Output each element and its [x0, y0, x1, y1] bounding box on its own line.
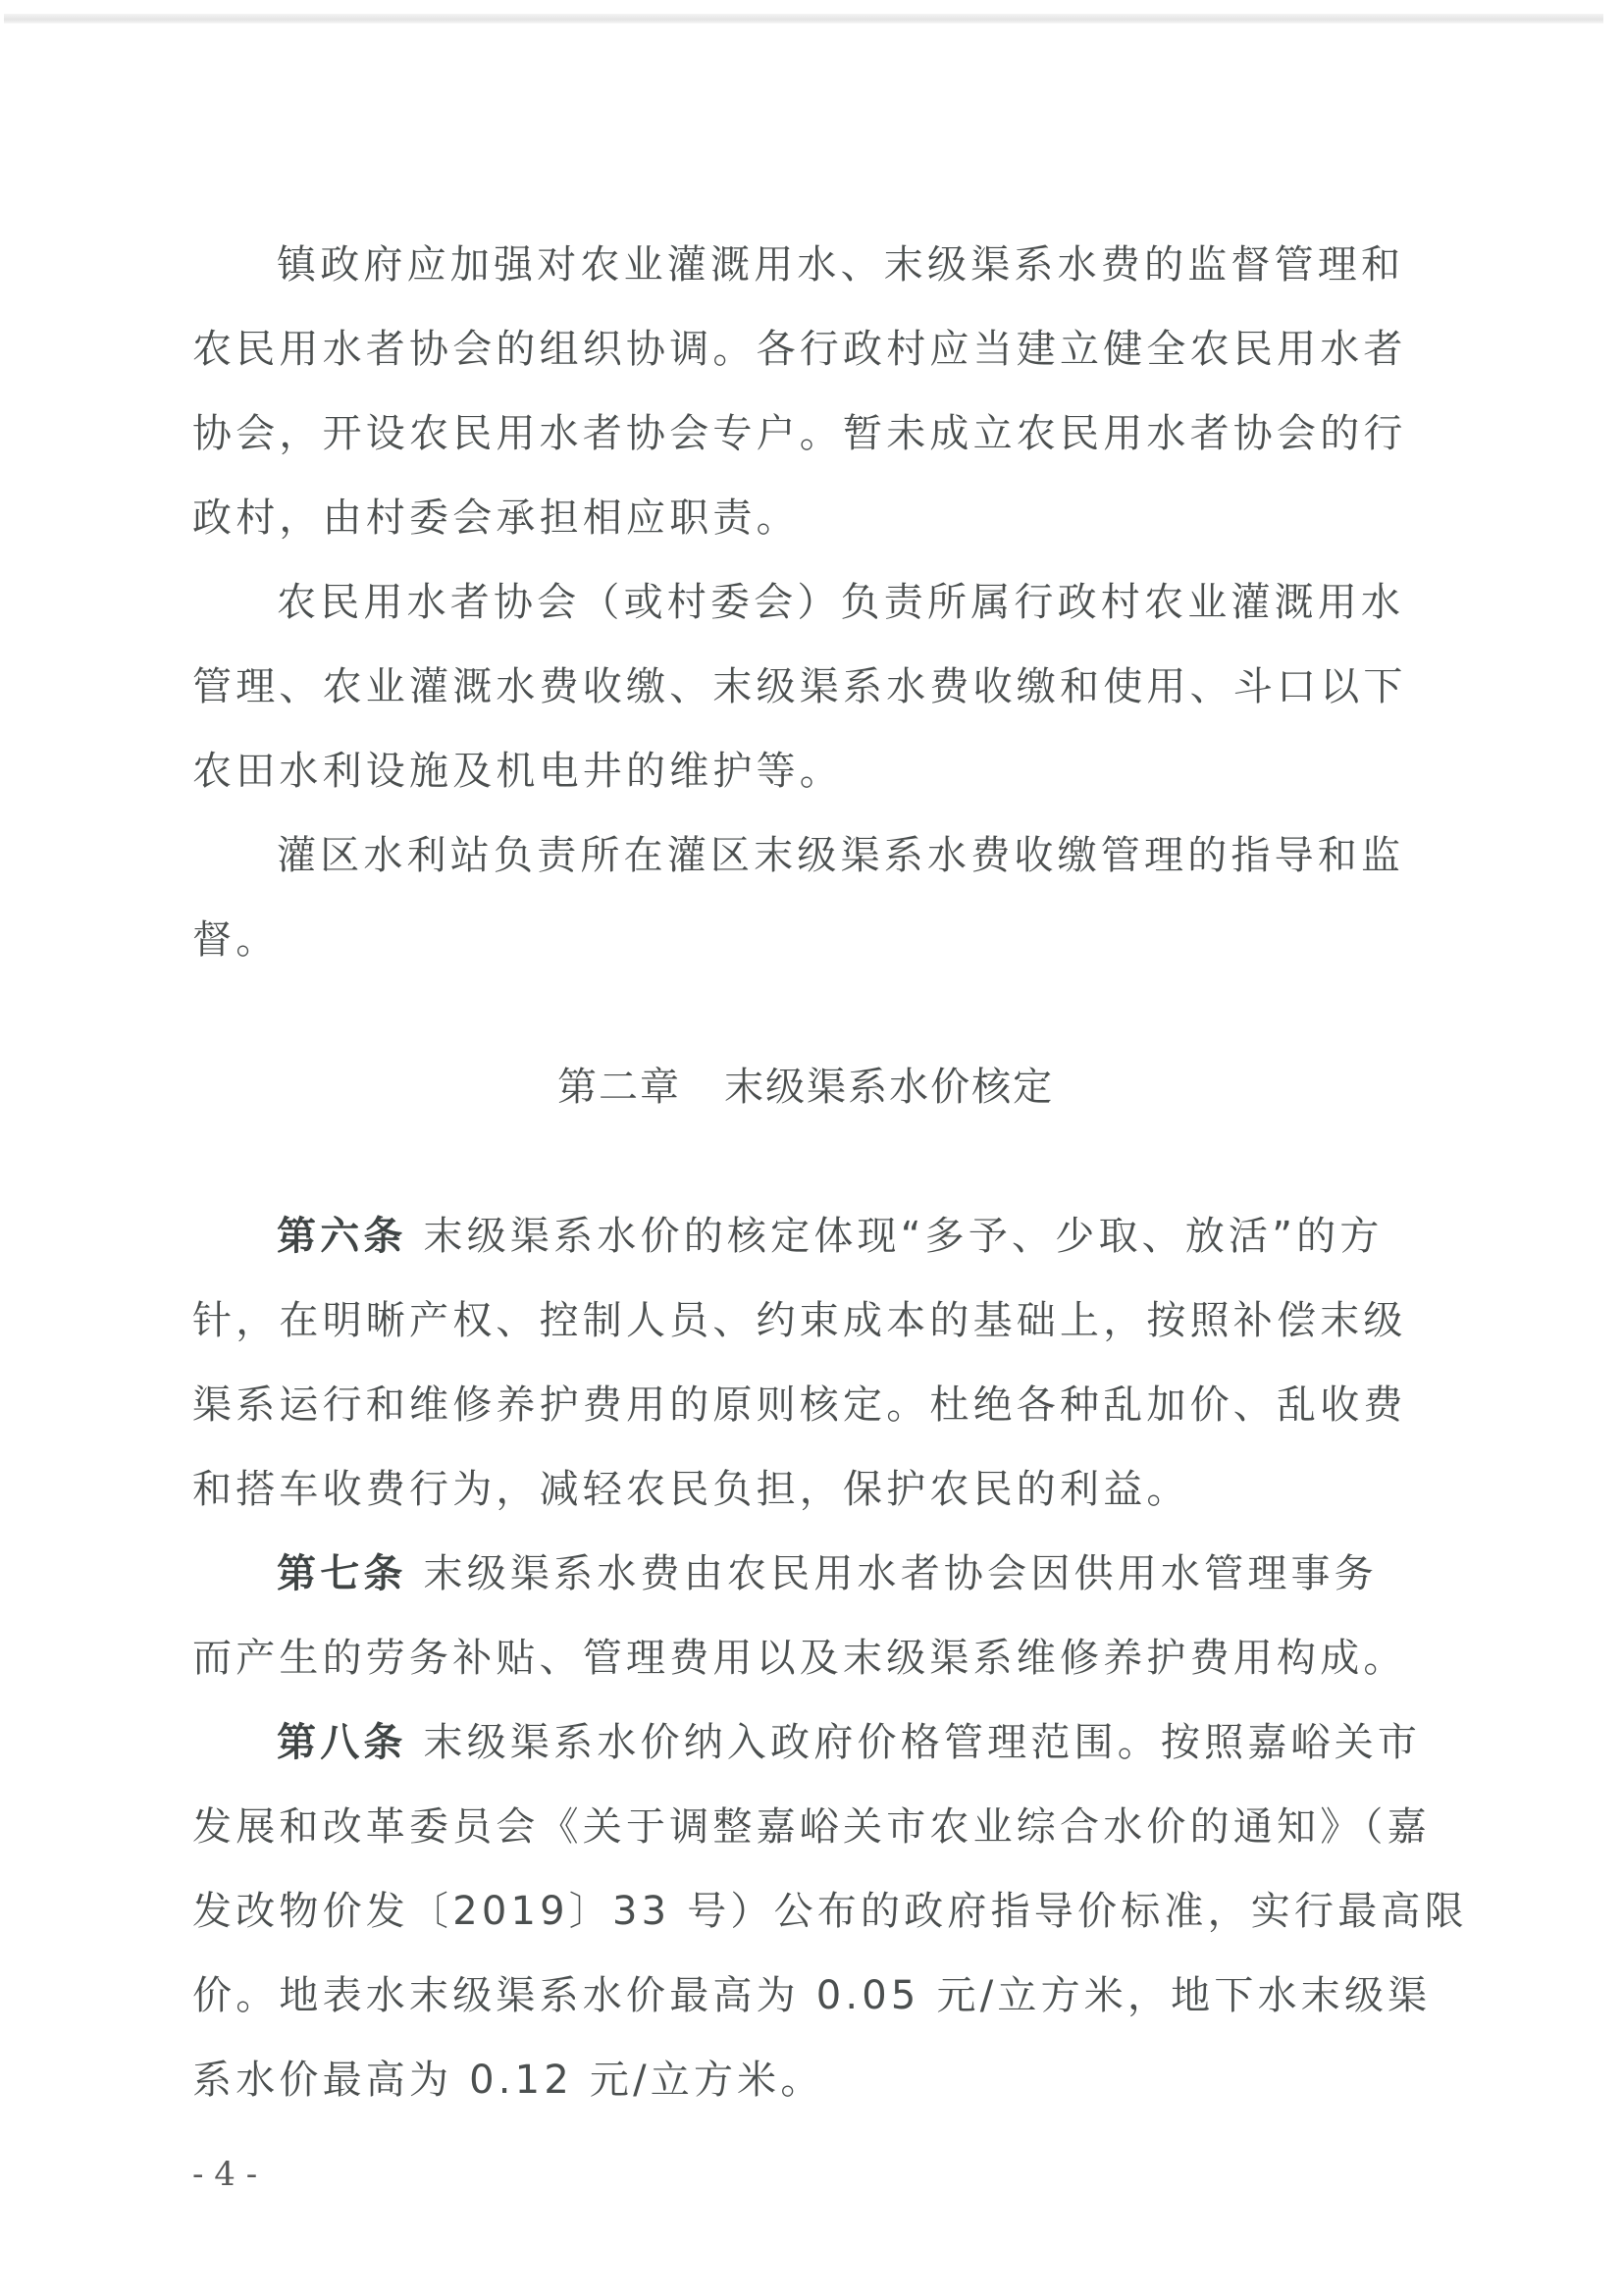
paragraph-line: 系水价最高为 0.12 元/立方米。	[192, 2057, 824, 2104]
paragraph-line: 灌区水利站负责所在灌区末级渠系水费收缴管理的指导和监	[277, 832, 1404, 879]
paragraph-line: 农民用水者协会的组织协调。各行政村应当建立健全农民用水者	[192, 326, 1407, 373]
paragraph-line: 针，在明晰产权、控制人员、约束成本的基础上，按照补偿末级	[192, 1297, 1407, 1344]
article-text: 末级渠系水价的核定体现“多予、少取、放活”的方	[424, 1214, 1384, 1259]
paragraph-line: 管理、农业灌溉水费收缴、末级渠系水费收缴和使用、斗口以下	[192, 663, 1407, 710]
paragraph-line: 协会，开设农民用水者协会专户。暂未成立农民用水者协会的行	[192, 410, 1407, 457]
paragraph-line: 发改物价发〔2019〕33 号）公布的政府指导价标准，实行最高限	[192, 1888, 1468, 1935]
chapter-heading: 第二章 末级渠系水价核定	[557, 1064, 1054, 1111]
paragraph-line: 而产生的劳务补贴、管理费用以及末级渠系维修养护费用构成。	[192, 1635, 1407, 1682]
article-first-line: 第六条 末级渠系水价的核定体现“多予、少取、放活”的方	[277, 1213, 1384, 1260]
article-label: 第七条	[277, 1551, 407, 1596]
paragraph-line: 农田水利设施及机电井的维护等。	[192, 748, 843, 795]
chapter-title: 末级渠系水价核定	[724, 1065, 1054, 1110]
paragraph-line: 农民用水者协会（或村委会）负责所属行政村农业灌溉用水	[277, 579, 1404, 626]
article-label: 第六条	[277, 1214, 407, 1259]
page-number: - 4 -	[192, 2155, 257, 2194]
article-text: 末级渠系水费由农民用水者协会因供用水管理事务	[424, 1551, 1378, 1596]
article-first-line: 第八条 末级渠系水价纳入政府价格管理范围。按照嘉峪关市	[277, 1719, 1421, 1766]
paragraph-line: 渠系运行和维修养护费用的原则核定。杜绝各种乱加价、乱收费	[192, 1382, 1407, 1429]
paragraph-line: 价。地表水末级渠系水价最高为 0.05 元/立方米，地下水末级渠	[192, 1972, 1431, 2019]
paragraph-line: 和搭车收费行为，减轻农民负担，保护农民的利益。	[192, 1466, 1190, 1513]
scan-edge-artifact	[4, 14, 1603, 24]
article-text: 末级渠系水价纳入政府价格管理范围。按照嘉峪关市	[424, 1720, 1422, 1765]
article-label: 第八条	[277, 1720, 407, 1765]
article-first-line: 第七条 末级渠系水费由农民用水者协会因供用水管理事务	[277, 1550, 1378, 1597]
paragraph-line: 发展和改革委员会《关于调整嘉峪关市农业综合水价的通知》（嘉	[192, 1803, 1431, 1851]
paragraph-line: 镇政府应加强对农业灌溉用水、末级渠系水费的监督管理和	[277, 241, 1404, 288]
chapter-number: 第二章	[557, 1065, 681, 1110]
paragraph-line: 督。	[192, 916, 279, 964]
paragraph-line: 政村，由村委会承担相应职责。	[192, 495, 800, 542]
